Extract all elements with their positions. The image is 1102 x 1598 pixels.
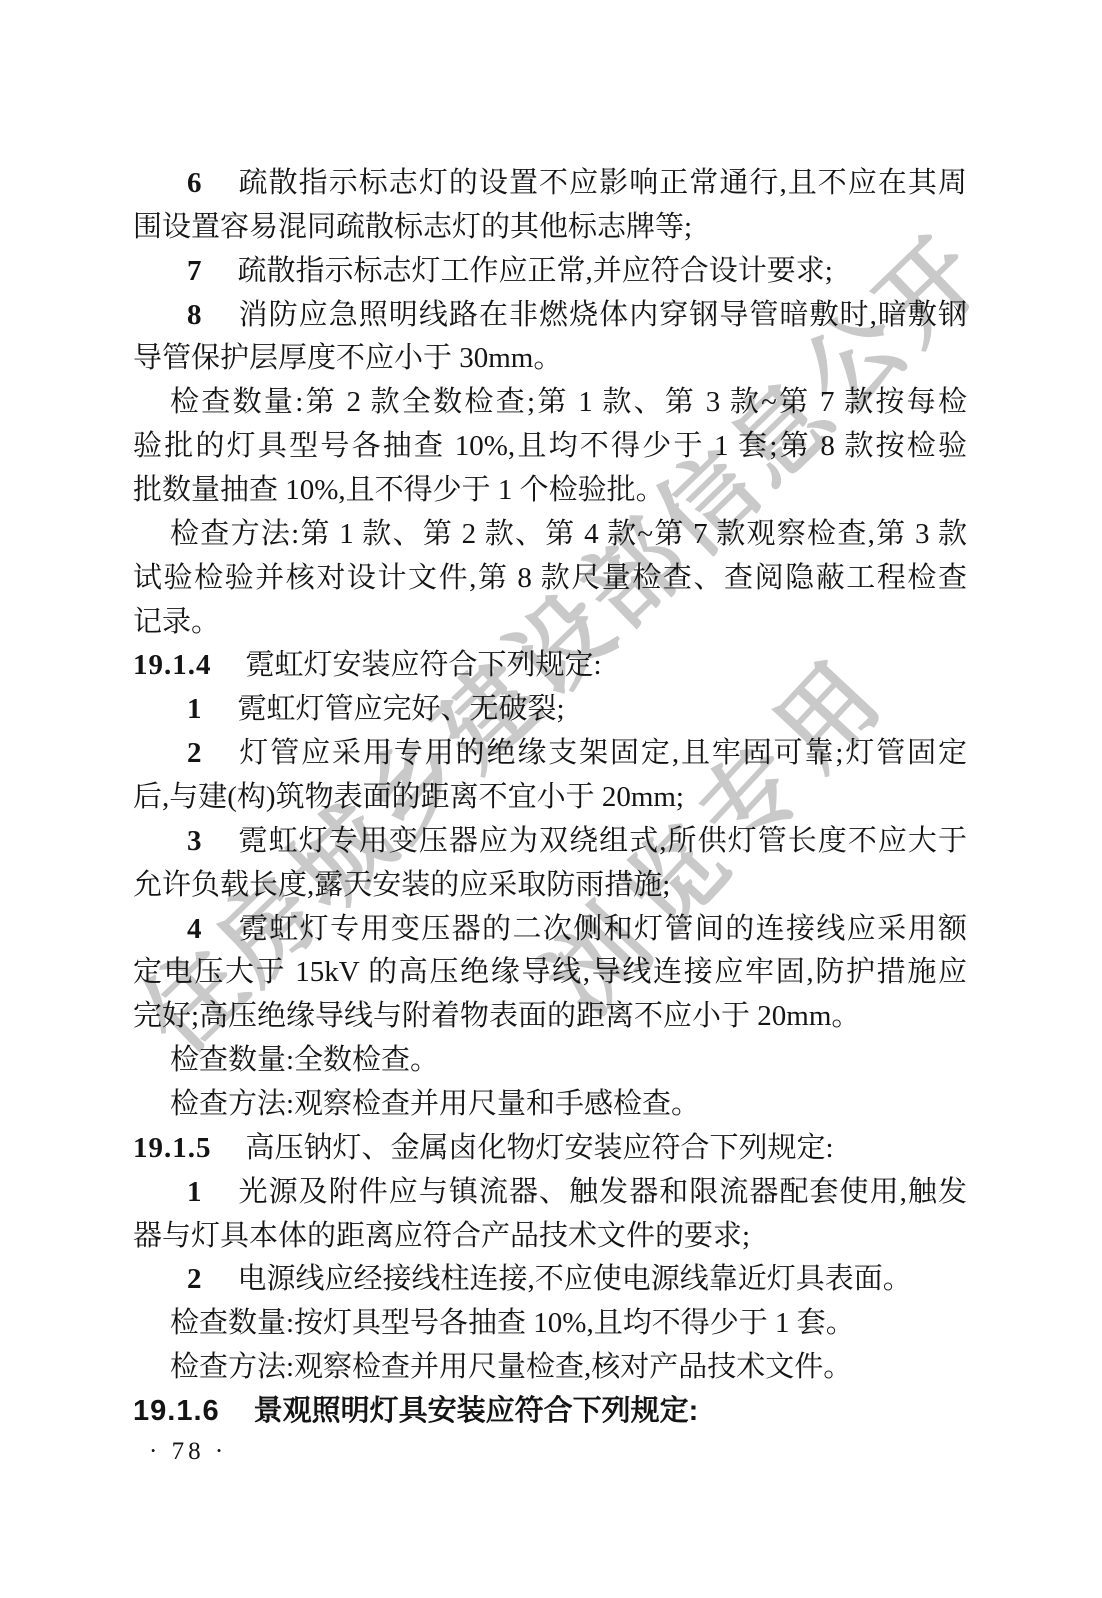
- text-line: 检查数量:全数检查。: [133, 1039, 967, 1083]
- clause-number: 19.1.4: [133, 649, 212, 681]
- line-text: 霓虹灯专用变压器应为双绕组式,所供灯管长度不应大于: [238, 825, 968, 857]
- item-number: 1: [187, 693, 202, 725]
- line-text: 导管保护层厚度不应小于 30mm。: [133, 342, 562, 374]
- line-text: 消防应急照明线路在非燃烧体内穿钢导管暗敷时,暗敷钢: [238, 299, 968, 331]
- text-line: 1霓虹灯管应完好、无破裂;: [133, 688, 967, 732]
- line-text: 霓虹灯安装应符合下列规定:: [246, 649, 602, 681]
- text-line: 4霓虹灯专用变压器的二次侧和灯管间的连接线应采用额: [133, 908, 967, 952]
- item-number: 4: [187, 913, 202, 945]
- item-number: 8: [187, 299, 202, 331]
- document-body: 6疏散指示标志灯的设置不应影响正常通行,且不应在其周 围设置容易混同疏散标志灯的…: [133, 162, 967, 1434]
- text-line: 导管保护层厚度不应小于 30mm。: [133, 337, 967, 381]
- line-text: 定电压大于 15kV 的高压绝缘导线,导线连接应牢固,防护措施应: [133, 956, 967, 988]
- text-line: 完好;高压绝缘导线与附着物表面的距离不应小于 20mm。: [133, 995, 967, 1039]
- line-text: 霓虹灯专用变压器的二次侧和灯管间的连接线应采用额: [238, 913, 968, 945]
- line-text: 验批的灯具型号各抽查 10%,且均不得少于 1 套;第 8 款按检验: [133, 430, 967, 462]
- text-line: 检查数量:第 2 款全数检查;第 1 款、第 3 款~第 7 款按每检: [133, 381, 967, 425]
- text-line: 允许负载长度,露天安装的应采取防雨措施;: [133, 864, 967, 908]
- line-text: 试验检验并核对设计文件,第 8 款尺量检查、查阅隐蔽工程检查: [133, 562, 967, 594]
- text-line: 3霓虹灯专用变压器应为双绕组式,所供灯管长度不应大于: [133, 820, 967, 864]
- text-line: 7疏散指示标志灯工作应正常,并应符合设计要求;: [133, 250, 967, 294]
- line-text: 记录。: [133, 606, 220, 638]
- item-number: 3: [187, 825, 202, 857]
- text-line: 6疏散指示标志灯的设置不应影响正常通行,且不应在其周: [133, 162, 967, 206]
- text-line: 记录。: [133, 601, 967, 645]
- line-text: 检查方法:观察检查并用尺量和手感检查。: [170, 1088, 700, 1120]
- line-text: 完好;高压绝缘导线与附着物表面的距离不应小于 20mm。: [133, 1000, 860, 1032]
- line-text: 高压钠灯、金属卤化物灯安装应符合下列规定:: [246, 1132, 834, 1164]
- line-text: 疏散指示标志灯工作应正常,并应符合设计要求;: [238, 255, 833, 287]
- line-text: 后,与建(构)筑物表面的距离不宜小于 20mm;: [133, 781, 684, 813]
- clause-number: 19.1.5: [133, 1132, 212, 1164]
- text-line: 检查数量:按灯具型号各抽查 10%,且均不得少于 1 套。: [133, 1302, 967, 1346]
- text-line: 2电源线应经接线柱连接,不应使电源线靠近灯具表面。: [133, 1258, 967, 1302]
- item-number: 2: [187, 737, 202, 769]
- text-line: 8消防应急照明线路在非燃烧体内穿钢导管暗敷时,暗敷钢: [133, 294, 967, 338]
- clause-heading: 19.1.5高压钠灯、金属卤化物灯安装应符合下列规定:: [133, 1127, 967, 1171]
- line-text: 灯管应采用专用的绝缘支架固定,且牢固可靠;灯管固定: [238, 737, 968, 769]
- line-text: 器与灯具本体的距离应符合产品技术文件的要求;: [133, 1220, 750, 1252]
- line-text: 霓虹灯管应完好、无破裂;: [238, 693, 565, 725]
- item-number: 1: [187, 1176, 202, 1208]
- text-line: 检查方法:观察检查并用尺量和手感检查。: [133, 1083, 967, 1127]
- text-line: 围设置容易混同疏散标志灯的其他标志牌等;: [133, 206, 967, 250]
- text-line: 试验检验并核对设计文件,第 8 款尺量检查、查阅隐蔽工程检查: [133, 557, 967, 601]
- line-text: 批数量抽查 10%,且不得少于 1 个检验批。: [133, 474, 665, 506]
- page-number: · 78 ·: [149, 1438, 227, 1466]
- line-text: 检查方法:第 1 款、第 2 款、第 4 款~第 7 款观察检查,第 3 款: [170, 518, 967, 550]
- clause-number: 19.1.6: [133, 1395, 220, 1427]
- line-text: 允许负载长度,露天安装的应采取防雨措施;: [133, 869, 670, 901]
- text-line: 1光源及附件应与镇流器、触发器和限流器配套使用,触发: [133, 1171, 967, 1215]
- text-line: 检查方法:观察检查并用尺量检查,核对产品技术文件。: [133, 1346, 967, 1390]
- line-text: 检查数量:按灯具型号各抽查 10%,且均不得少于 1 套。: [170, 1307, 855, 1339]
- line-text: 检查数量:第 2 款全数检查;第 1 款、第 3 款~第 7 款按每检: [170, 386, 967, 418]
- item-number: 2: [187, 1263, 202, 1295]
- text-line: 器与灯具本体的距离应符合产品技术文件的要求;: [133, 1215, 967, 1259]
- text-line: 定电压大于 15kV 的高压绝缘导线,导线连接应牢固,防护措施应: [133, 951, 967, 995]
- text-line: 2灯管应采用专用的绝缘支架固定,且牢固可靠;灯管固定: [133, 732, 967, 776]
- line-text: 疏散指示标志灯的设置不应影响正常通行,且不应在其周: [238, 167, 968, 199]
- line-text: 电源线应经接线柱连接,不应使电源线靠近灯具表面。: [238, 1263, 912, 1295]
- line-text: 光源及附件应与镇流器、触发器和限流器配套使用,触发: [238, 1176, 968, 1208]
- line-text: 检查数量:全数检查。: [170, 1044, 439, 1076]
- line-text: 检查方法:观察检查并用尺量检查,核对产品技术文件。: [170, 1351, 852, 1383]
- item-number: 6: [187, 167, 202, 199]
- text-line: 验批的灯具型号各抽查 10%,且均不得少于 1 套;第 8 款按检验: [133, 425, 967, 469]
- clause-heading: 19.1.4霓虹灯安装应符合下列规定:: [133, 644, 967, 688]
- document-page: 住房城乡建设部信息公开 浏览专用 6疏散指示标志灯的设置不应影响正常通行,且不应…: [0, 0, 1102, 1598]
- text-line: 后,与建(构)筑物表面的距离不宜小于 20mm;: [133, 776, 967, 820]
- item-number: 7: [187, 255, 202, 287]
- line-text: 围设置容易混同疏散标志灯的其他标志牌等;: [133, 211, 692, 243]
- text-line: 批数量抽查 10%,且不得少于 1 个检验批。: [133, 469, 967, 513]
- clause-heading-bold: 19.1.6景观照明灯具安装应符合下列规定:: [133, 1390, 967, 1434]
- line-text: 景观照明灯具安装应符合下列规定:: [254, 1395, 699, 1427]
- text-line: 检查方法:第 1 款、第 2 款、第 4 款~第 7 款观察检查,第 3 款: [133, 513, 967, 557]
